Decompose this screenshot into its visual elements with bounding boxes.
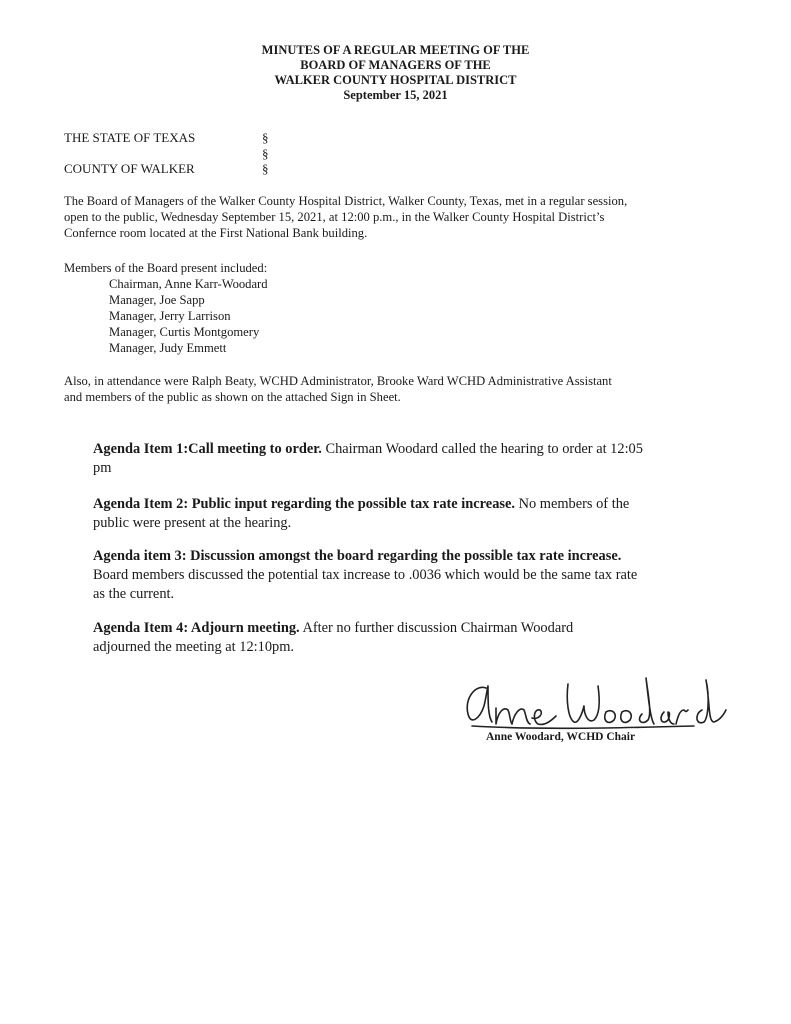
attendance-paragraph: Also, in attendance were Ralph Beaty, WC…: [64, 373, 744, 405]
intro-paragraph: The Board of Managers of the Walker Coun…: [64, 193, 744, 241]
state-label: THE STATE OF TEXAS: [64, 130, 195, 145]
agenda-item-text: pm: [93, 459, 693, 478]
agenda-item-text: After no further discussion Chairman Woo…: [300, 620, 574, 636]
member-item: Manager, Joe Sapp: [64, 292, 744, 308]
jurisdiction-block: THE STATE OF TEXAS § § COUNTY OF WALKER …: [64, 130, 195, 177]
header-title-line-2: BOARD OF MANAGERS OF THE: [0, 58, 791, 73]
member-item: Manager, Curtis Montgomery: [64, 324, 744, 340]
member-item: Manager, Judy Emmett: [64, 340, 744, 356]
agenda-item-title: Agenda Item 1:Call meeting to order.: [93, 441, 322, 457]
agenda-item-title: Agenda Item 2: Public input regarding th…: [93, 496, 515, 512]
intro-line: open to the public, Wednesday September …: [64, 209, 744, 225]
agenda-item-text: Chairman Woodard called the hearing to o…: [322, 441, 643, 457]
attendance-line: Also, in attendance were Ralph Beaty, WC…: [64, 373, 744, 389]
agenda-item-title: Agenda item 3: Discussion amongst the bo…: [93, 548, 621, 564]
handwritten-signature: [458, 674, 728, 734]
agenda-item-text: No members of the: [515, 496, 629, 512]
county-label: COUNTY OF WALKER: [64, 161, 195, 176]
agenda-item-title: Agenda Item 4: Adjourn meeting.: [93, 620, 300, 636]
agenda-item-text: adjourned the meeting at 12:10pm.: [93, 638, 693, 657]
document-header: MINUTES OF A REGULAR MEETING OF THE BOAR…: [0, 43, 791, 103]
intro-line: The Board of Managers of the Walker Coun…: [64, 193, 744, 209]
header-title-line-1: MINUTES OF A REGULAR MEETING OF THE: [0, 43, 791, 58]
agenda-item-text: public were present at the hearing.: [93, 514, 693, 533]
section-symbol: §: [262, 146, 269, 162]
signature-caption: Anne Woodard, WCHD Chair: [486, 731, 635, 743]
member-item: Chairman, Anne Karr-Woodard: [64, 276, 744, 292]
members-present: Members of the Board present included: C…: [64, 260, 744, 356]
member-item: Manager, Jerry Larrison: [64, 308, 744, 324]
header-title-line-3: WALKER COUNTY HOSPITAL DISTRICT: [0, 73, 791, 88]
agenda-item-text: as the current.: [93, 585, 693, 604]
section-symbol: §: [262, 161, 269, 177]
agenda-item-2: Agenda Item 2: Public input regarding th…: [93, 495, 693, 533]
attendance-line: and members of the public as shown on th…: [64, 389, 744, 405]
section-symbol: §: [262, 130, 269, 146]
members-heading: Members of the Board present included:: [64, 260, 744, 276]
minutes-document: MINUTES OF A REGULAR MEETING OF THE BOAR…: [0, 0, 791, 1024]
agenda-item-3: Agenda item 3: Discussion amongst the bo…: [93, 547, 693, 604]
agenda-item-text: Board members discussed the potential ta…: [93, 566, 693, 585]
meeting-date: September 15, 2021: [0, 88, 791, 103]
agenda-item-1: Agenda Item 1:Call meeting to order. Cha…: [93, 440, 693, 478]
agenda-item-4: Agenda Item 4: Adjourn meeting. After no…: [93, 619, 693, 657]
intro-line: Confernce room located at the First Nati…: [64, 225, 744, 241]
